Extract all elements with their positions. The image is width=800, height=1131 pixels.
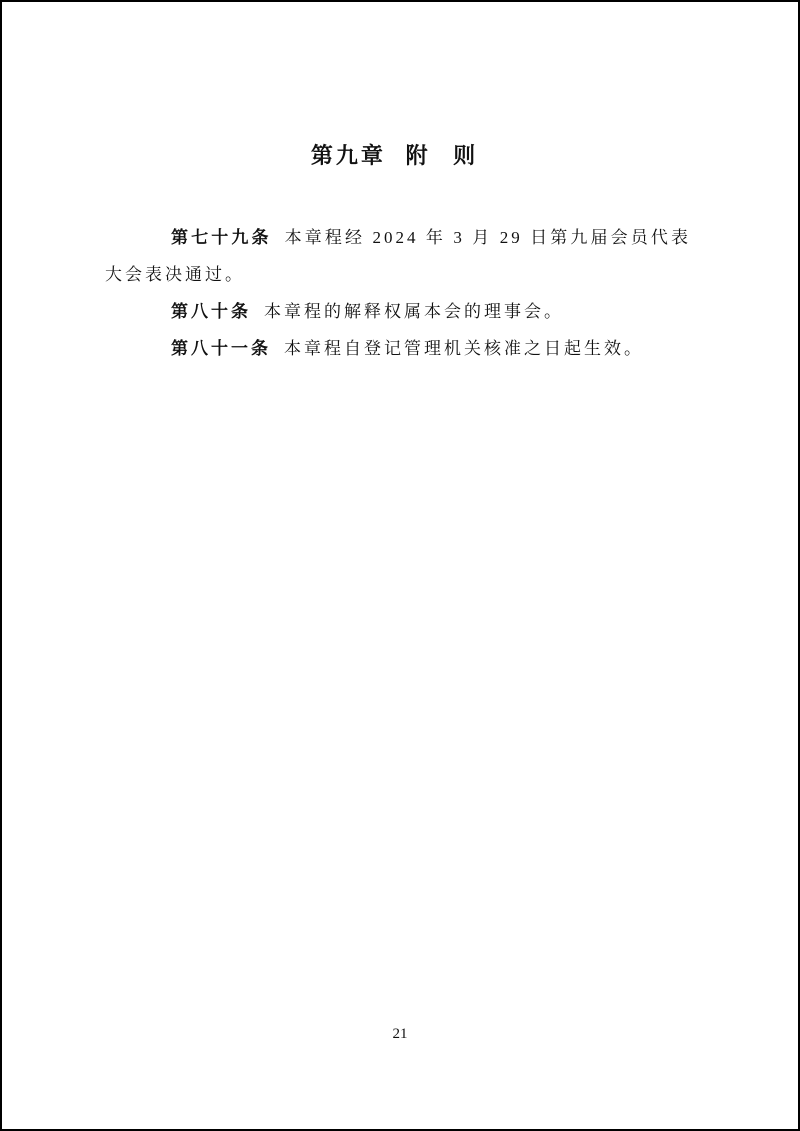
- article-label: 第七十九条: [171, 228, 272, 247]
- article-paragraph: 第八十条本章程的解释权属本会的理事会。: [105, 293, 691, 330]
- chapter-title: 附 则: [406, 143, 486, 168]
- article-label: 第八十一条: [171, 339, 271, 358]
- article-text: 本章程自登记管理机关核准之日起生效。: [284, 339, 644, 358]
- article-paragraph: 第七十九条本章程经 2024 年 3 月 29 日第九届会员代表大会表决通过。: [105, 219, 691, 293]
- chapter-number: 第九章: [311, 143, 386, 168]
- page-number: 21: [2, 1026, 798, 1043]
- page-content: 第九章附 则 第七十九条本章程经 2024 年 3 月 29 日第九届会员代表大…: [2, 141, 798, 367]
- articles-section: 第七十九条本章程经 2024 年 3 月 29 日第九届会员代表大会表决通过。 …: [105, 219, 691, 367]
- article-paragraph: 第八十一条本章程自登记管理机关核准之日起生效。: [105, 330, 691, 367]
- chapter-heading: 第九章附 则: [105, 141, 691, 171]
- document-page: 第九章附 则 第七十九条本章程经 2024 年 3 月 29 日第九届会员代表大…: [0, 0, 800, 1131]
- article-label: 第八十条: [171, 302, 251, 321]
- article-text: 本章程的解释权属本会的理事会。: [264, 302, 564, 321]
